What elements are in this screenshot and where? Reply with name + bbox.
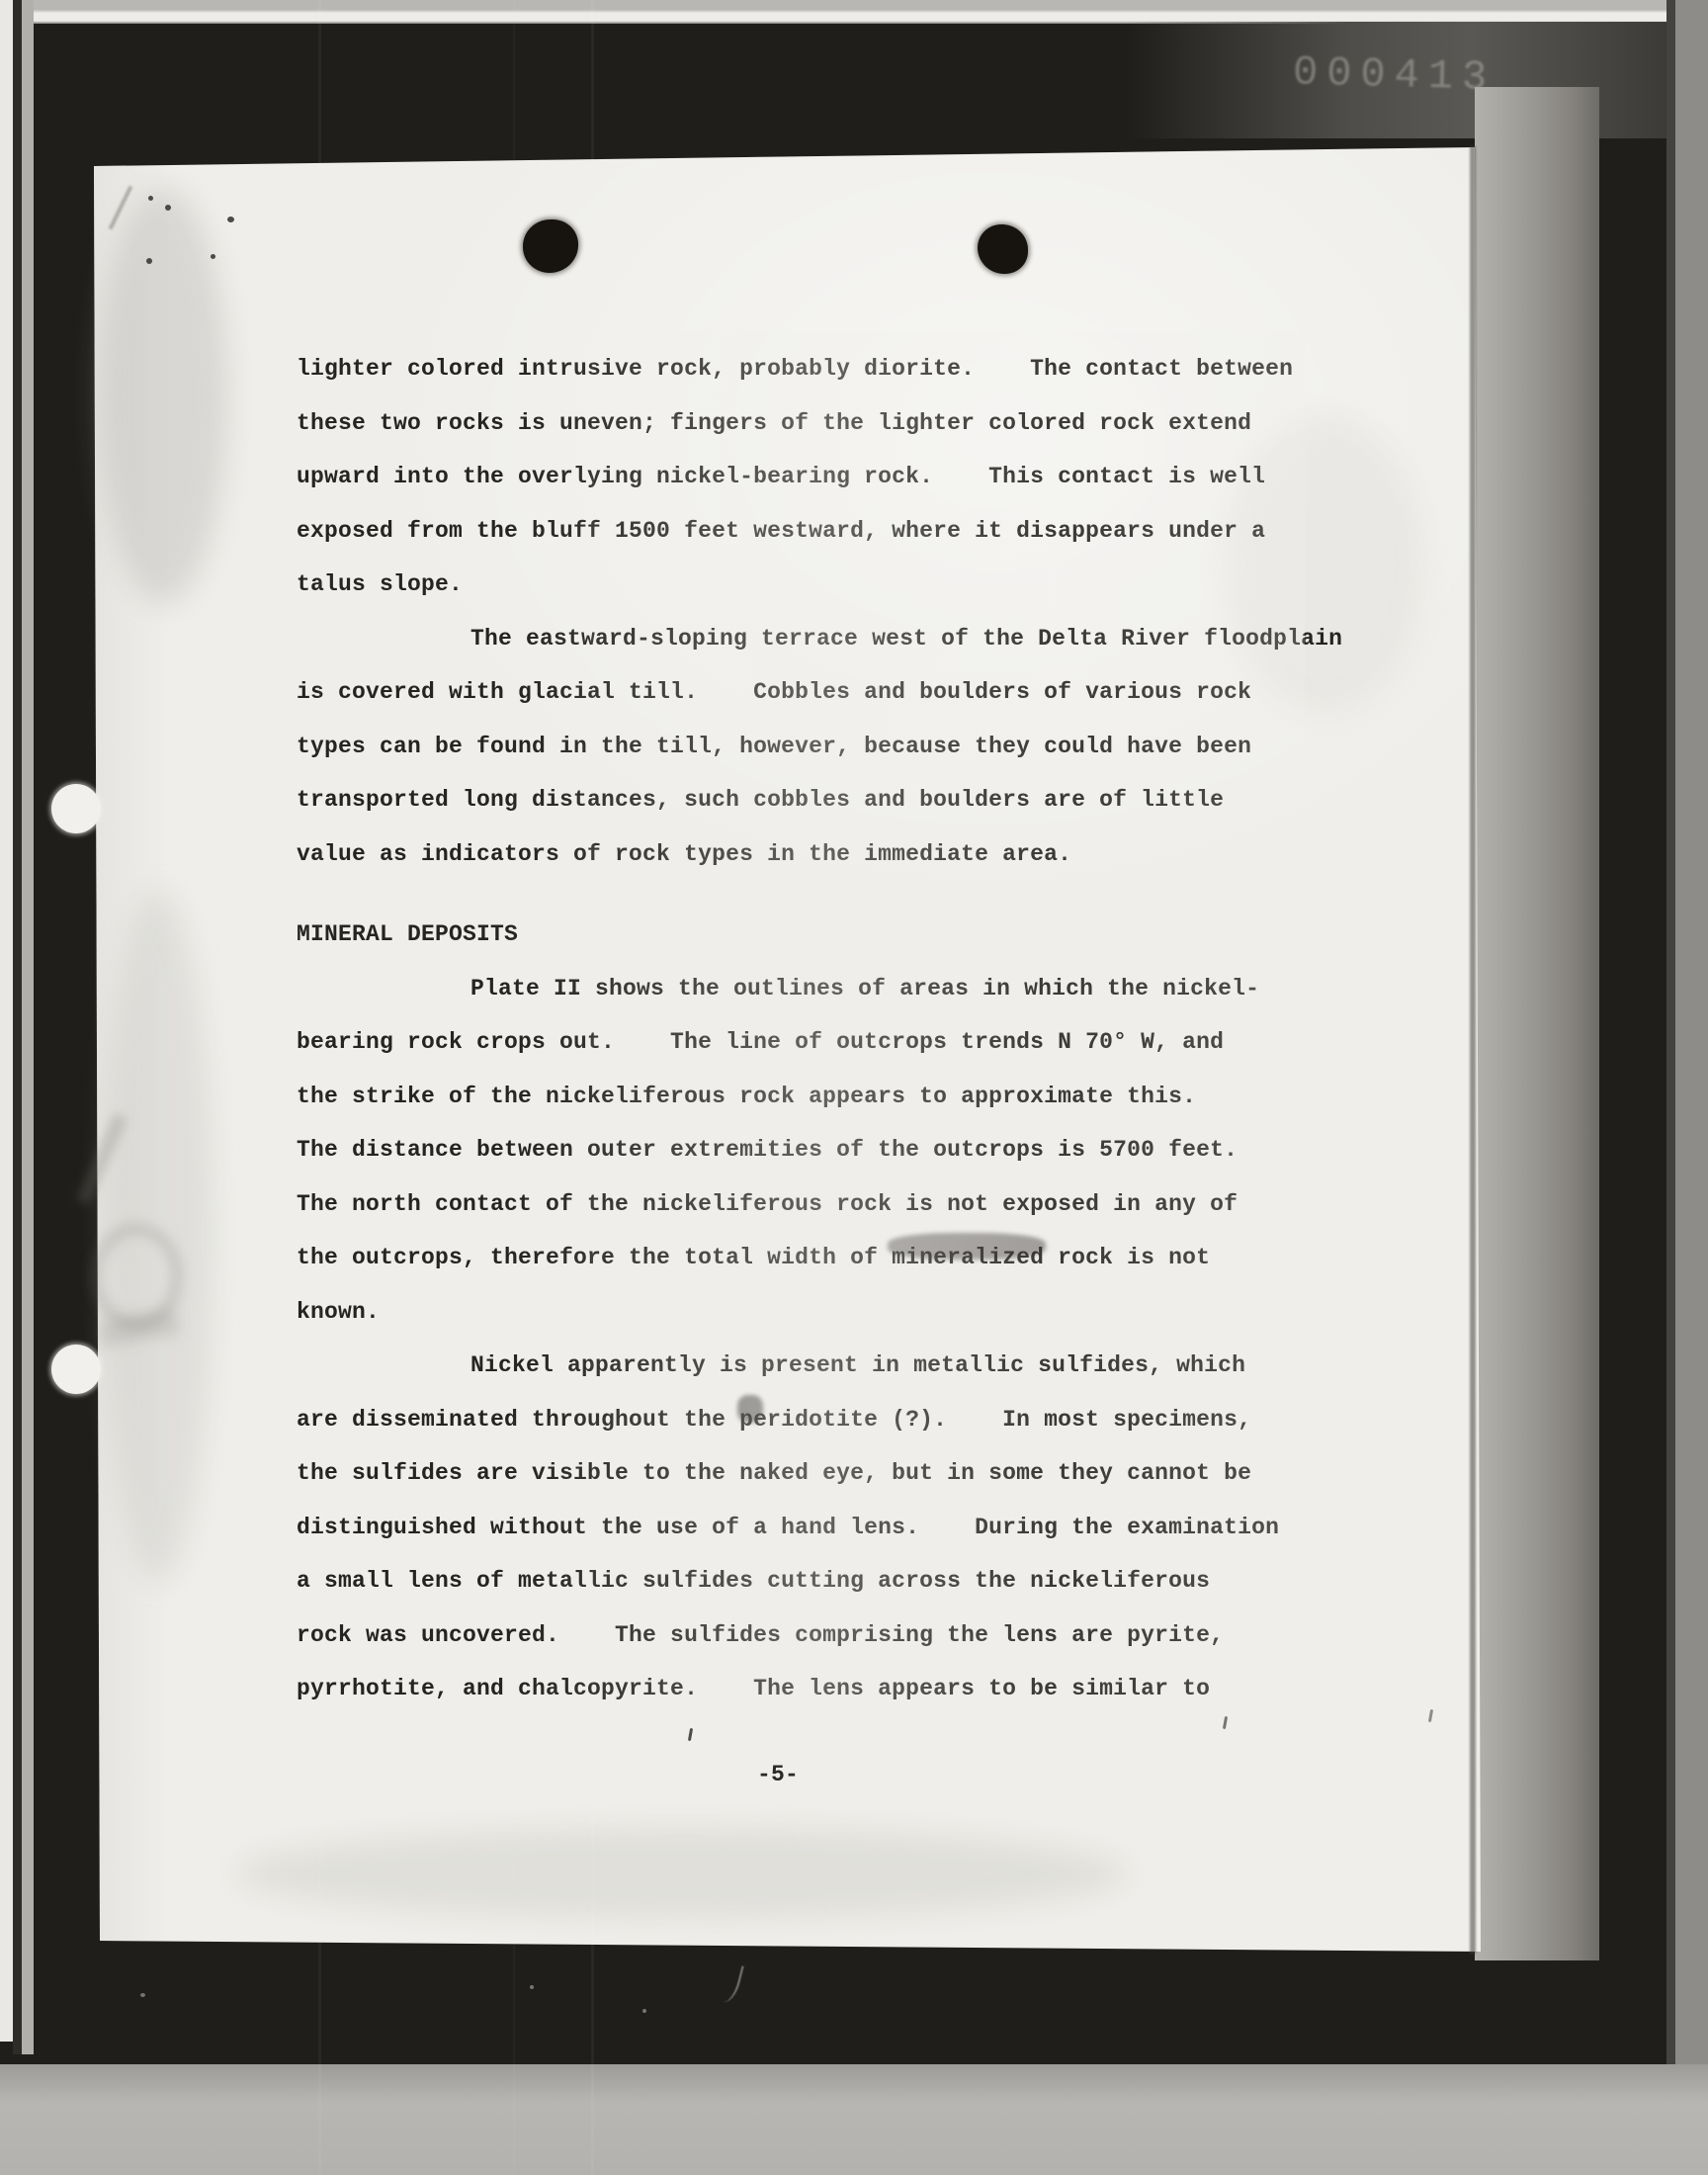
dust-speck [227, 217, 234, 222]
text-line: exposed from the bluff 1500 feet westwar… [297, 504, 1305, 559]
overstrike-smudge [737, 1395, 763, 1423]
text-line: known. [297, 1285, 1305, 1340]
page-number: -5- [757, 1762, 799, 1787]
dust-speck [140, 1993, 145, 1997]
text-line: is covered with glacial till. Cobbles an… [297, 665, 1305, 720]
text-line: a small lens of metallic sulfides cuttin… [297, 1554, 1305, 1609]
punch-hole-top [51, 784, 101, 833]
scanner-bottom-edge [0, 2064, 1708, 2175]
underlying-page-edge [1475, 87, 1599, 1960]
text-line: rock was uncovered. The sulfides compris… [297, 1609, 1305, 1663]
text-line: pyrrhotite, and chalcopyrite. The lens a… [297, 1662, 1305, 1716]
text-line: the strike of the nickeliferous rock app… [297, 1070, 1305, 1124]
text-line: The distance between outer extremities o… [297, 1123, 1305, 1177]
text-line: types can be found in the till, however,… [297, 720, 1305, 774]
text-line: talus slope. [297, 558, 1305, 612]
scanner-left-edge [0, 0, 13, 2042]
dust-speck [642, 2009, 646, 2013]
dust-speck [146, 258, 152, 264]
text-line: The north contact of the nickeliferous r… [297, 1177, 1305, 1232]
paper-shading [237, 1829, 1127, 1918]
scanner-left-column [22, 0, 34, 2054]
scanner-right-line [1666, 0, 1675, 2175]
section-heading: MINERAL DEPOSITS [297, 908, 1305, 962]
text-line: distinguished without the use of a hand … [297, 1501, 1305, 1555]
text-line: the sulfides are visible to the naked ey… [297, 1446, 1305, 1501]
text-line: Plate II shows the outlines of areas in … [297, 962, 1305, 1016]
text-line: transported long distances, such cobbles… [297, 773, 1305, 827]
overstrike-smudge [888, 1233, 1046, 1260]
scanner-streak [318, 0, 321, 2175]
text-line: Nickel apparently is present in metallic… [297, 1339, 1305, 1393]
typewritten-text: lighter colored intrusive rock, probably… [297, 342, 1305, 1716]
dust-speck [148, 196, 153, 201]
text-line: The eastward-sloping terrace west of the… [297, 612, 1305, 666]
text-line: bearing rock crops out. The line of outc… [297, 1015, 1305, 1070]
dust-speck [530, 1985, 534, 1989]
scanner-streak [513, 0, 515, 2175]
paper-right-edge [1470, 146, 1476, 1954]
scanner-right-edge [1675, 0, 1708, 2175]
archive-stamp-number: 000413 [1292, 48, 1495, 102]
text-line: upward into the overlying nickel-bearing… [297, 450, 1305, 504]
dust-speck [165, 205, 171, 211]
text-line: value as indicators of rock types in the… [297, 827, 1305, 882]
punch-hole-bottom [51, 1345, 101, 1394]
text-line: these two rocks is uneven; fingers of th… [297, 396, 1305, 451]
scanner-left-line [13, 0, 22, 2054]
scanner-top-edge [0, 0, 1708, 24]
punch-dot-right [978, 224, 1028, 274]
scanned-document-page: 000413 lighter colored intrusive rock, p… [0, 0, 1708, 2175]
text-line: lighter colored intrusive rock, probably… [297, 342, 1305, 396]
dust-speck [211, 254, 215, 259]
scratch-mark [715, 1961, 743, 2005]
text-line: are disseminated throughout the peridoti… [297, 1393, 1305, 1447]
paper-shading [99, 188, 227, 603]
scanner-streak [591, 0, 594, 2175]
text-line: the outcrops, therefore the total width … [297, 1231, 1305, 1285]
